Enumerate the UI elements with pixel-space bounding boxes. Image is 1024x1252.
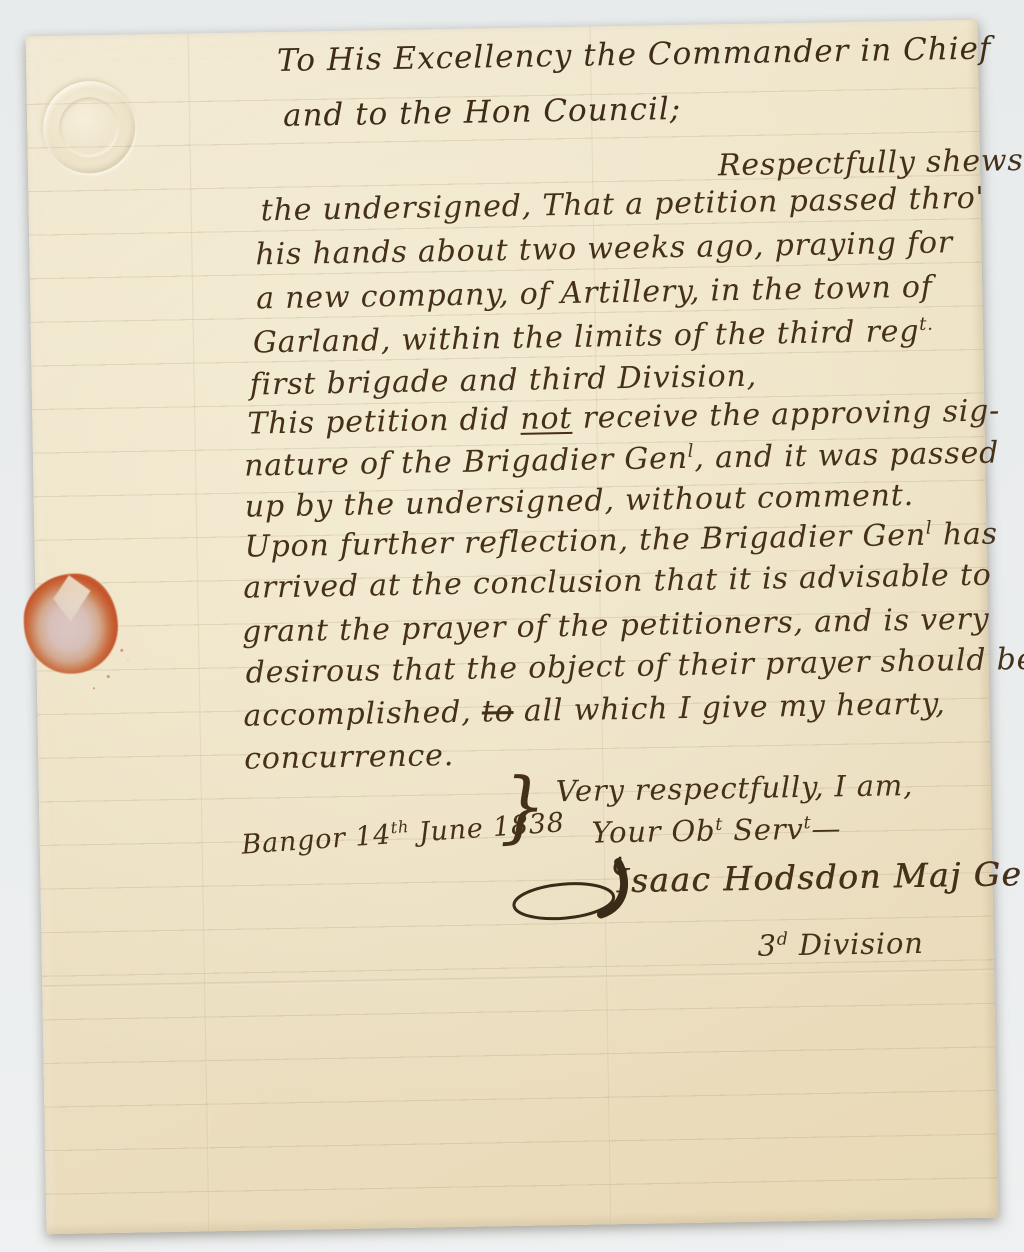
text-segment: — [811,811,841,846]
text-segment: all which I give my hearty, [513,686,946,729]
letter-line-body: arrived at the conclusion that it is adv… [243,561,992,604]
letter-line-body: grant the prayer of the petitioners, and… [242,605,990,648]
photographed-document: To His Excellency the Commander in Chief… [0,0,1024,1252]
text-segment: receive the approving sig- [572,393,1000,435]
text-segment: up by the undersigned, without comment. [245,478,915,525]
text-segment: a new company, of Artillery, in the town… [256,270,933,317]
text-segment: arrived at the conclusion that it is adv… [243,558,992,606]
letter-line-division: 3d Division [757,929,924,961]
date-brace: } [498,768,546,847]
text-segment: desirous that the object of their prayer… [245,642,1024,691]
letter-line-body: first brigade and third Division, [249,362,757,401]
letter-line-shews: Respectfully shews [718,146,1024,181]
letter-line-body: his hands about two weeks ago, praying f… [255,228,953,270]
letter-line-body: Upon further reflection, the Brigadier G… [244,519,998,563]
wax-seal [23,573,119,675]
text-segment: Your Ob [591,813,715,849]
text-segment: the undersigned, That a petition passed … [260,181,984,229]
text-segment: 3 [757,928,777,962]
letter-line-body: accomplished, to all which I give my hea… [243,689,945,731]
letter-line-body: concurrence. [244,741,454,775]
text-segment-sup: t. [919,314,934,335]
letter-line-body: This petition did not receive the approv… [247,396,1000,439]
text-segment-sup: th [390,817,410,837]
text-segment: and to the Hon Council; [283,91,682,134]
letter-line-heading-1: To His Excellency the Commander in Chief [277,34,992,77]
text-segment: Division [789,926,924,962]
text-segment: This petition did [247,402,521,442]
letter-line-body: Garland, within the limits of the third … [253,316,934,359]
handwritten-text: To His Excellency the Commander in Chief… [26,20,978,37]
signature-flourish [508,867,659,930]
letter-line-body: up by the undersigned, without comment. [245,481,915,523]
letter-line-heading-2: and to the Hon Council; [283,94,682,132]
wax-seal-paper-fragment [51,574,92,624]
letter-line-body: a new company, of Artillery, in the town… [256,273,933,315]
letter-line-closing-2: Your Obt Servt— [591,814,841,847]
text-segment: Bangor 14 [240,819,392,860]
fold-crease-vertical-left [188,34,211,1232]
text-segment: nature of the Brigadier Gen [244,441,688,484]
text-segment: Upon further reflection, the Brigadier G… [244,518,926,565]
fold-crease-horizontal [42,969,994,989]
text-segment: Respectfully shews [718,143,1024,183]
letter-line-body: nature of the Brigadier Genl, and it was… [244,437,999,481]
text-segment-underline: not [520,401,572,437]
text-segment: his hands about two weeks ago, praying f… [255,225,953,272]
wax-speck [107,675,110,678]
text-segment-sup: d [777,930,789,950]
text-segment: Very respectfully, I am, [556,768,914,808]
wax-speck [120,649,123,652]
embossed-seal [42,81,136,175]
text-segment: accomplished, [243,695,482,734]
text-segment: concurrence. [244,738,454,777]
text-segment: has [932,517,998,553]
letter-line-body: the undersigned, That a petition passed … [260,184,984,227]
text-segment: Isaac Hodsdon Maj Gen [616,854,1024,900]
text-segment: Serv [723,812,804,847]
letter-line-closing-1: Very respectfully, I am, [556,771,914,806]
letter-line-body: desirous that the object of their prayer… [246,645,1024,689]
text-segment: , and it was passed [694,435,999,475]
text-segment: grant the prayer of the petitioners, and… [242,602,990,650]
letter-page: To His Excellency the Commander in Chief… [26,20,999,1234]
letter-line-signature: Isaac Hodsdon Maj Genl [616,857,1024,898]
wax-speck [93,687,95,689]
text-segment-strike: to [482,694,514,730]
text-segment: To His Excellency the Commander in Chief [277,31,992,79]
text-segment: Garland, within the limits of the third … [253,314,920,361]
text-segment: first brigade and third Division, [249,359,757,403]
